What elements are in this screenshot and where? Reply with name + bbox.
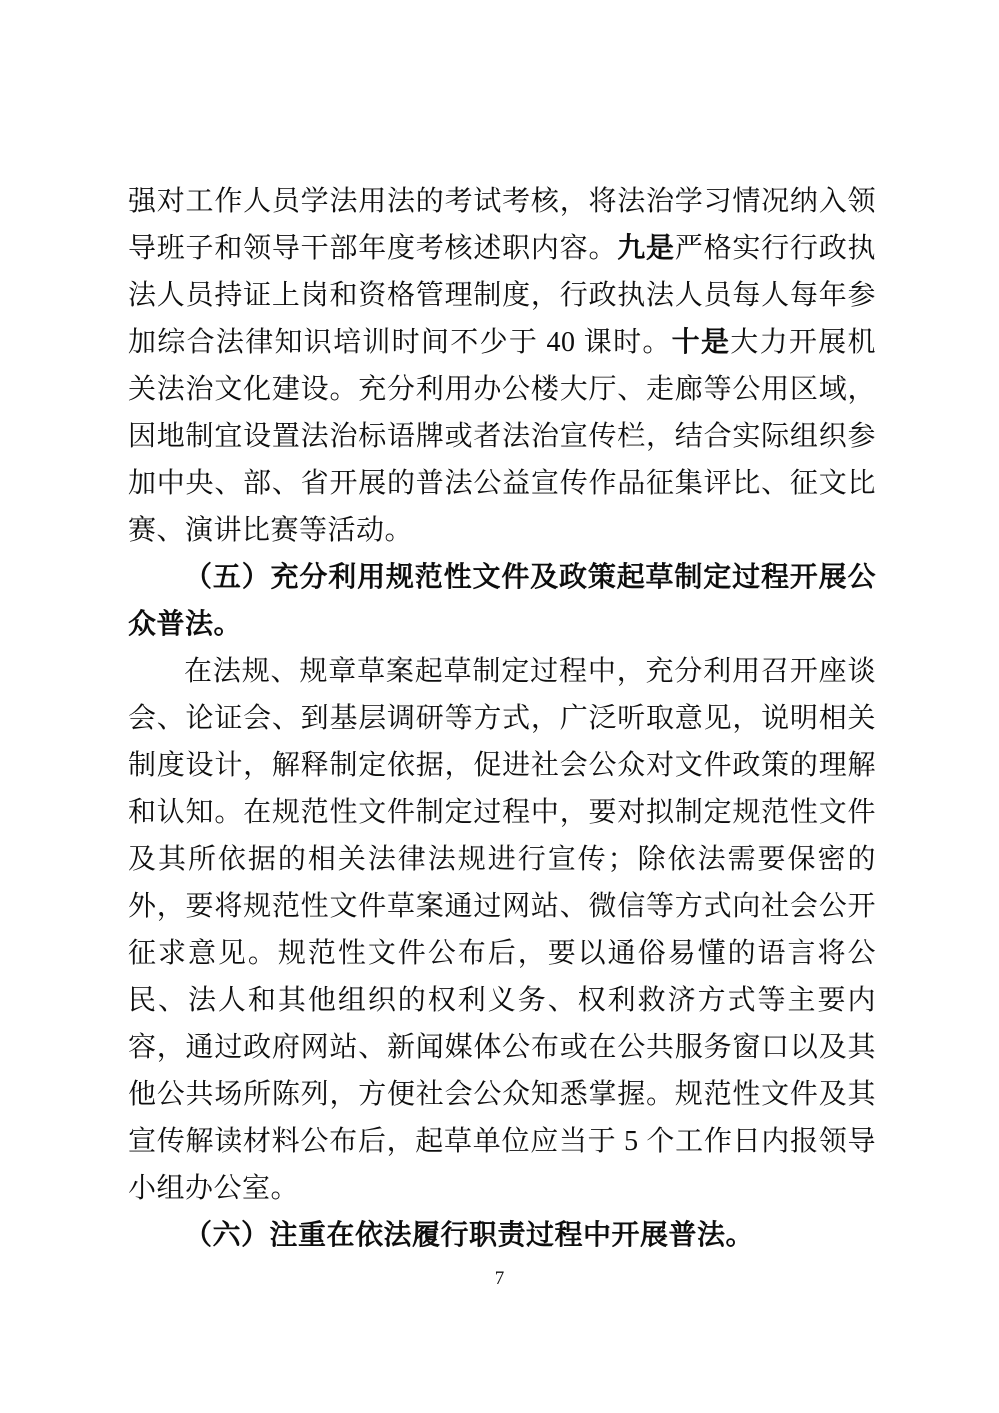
paragraph-continuation: 强对工作人员学法用法的考试考核，将法治学习情况纳入领导班子和领导干部年度考核述职… (128, 178, 876, 554)
paragraph-section-5-body: 在法规、规章草案起草制定过程中，充分利用召开座谈会、论证会、到基层调研等方式，广… (128, 648, 876, 1212)
text-run-bold-shishi: 十是 (672, 327, 731, 358)
section-heading-5: （五）充分利用规范性文件及政策起草制定过程开展公众普法。 (128, 554, 876, 648)
document-page: 强对工作人员学法用法的考试考核，将法治学习情况纳入领导班子和领导干部年度考核述职… (0, 0, 999, 1413)
page-footer: 7 (0, 1268, 999, 1290)
document-body: 强对工作人员学法用法的考试考核，将法治学习情况纳入领导班子和领导干部年度考核述职… (128, 178, 876, 1259)
section-heading-6: （六）注重在依法履行职责过程中开展普法。 (128, 1212, 876, 1259)
text-run: 大力开展机关法治文化建设。充分利用办公楼大厅、走廊等公用区域，因地制宜设置法治标… (128, 327, 876, 546)
text-run-bold-jiushi: 九是 (617, 233, 675, 264)
page-number: 7 (495, 1268, 505, 1289)
